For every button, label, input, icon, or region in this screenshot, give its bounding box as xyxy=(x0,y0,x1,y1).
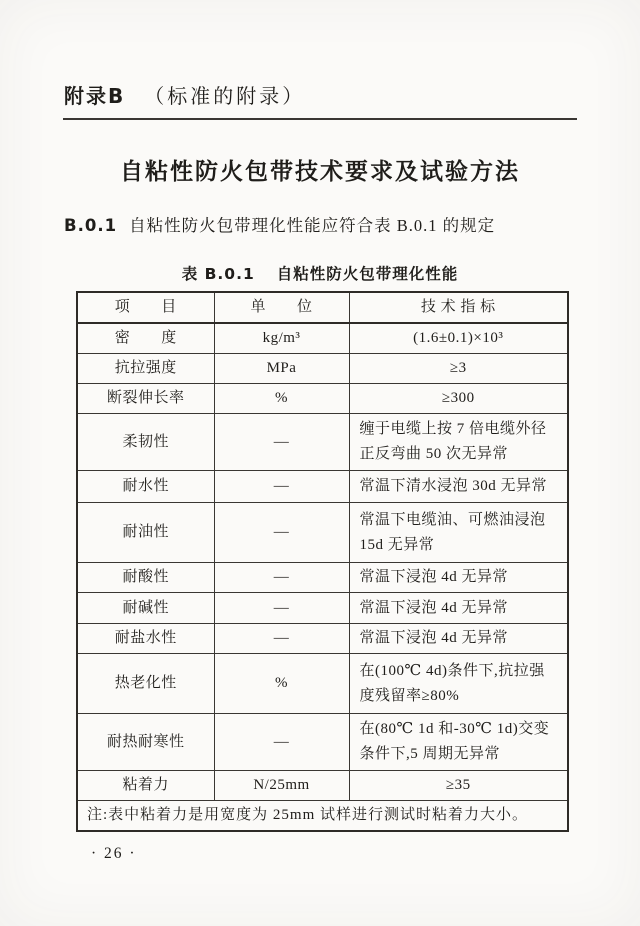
cell-unit: — xyxy=(214,593,349,624)
table-header-row: 项 目 单 位 技 术 指 标 xyxy=(77,292,568,323)
spec-table: 项 目 单 位 技 术 指 标 密 度 kg/m³ (1.6±0.1)×10³ … xyxy=(76,291,569,832)
table-row: 柔韧性 — 缠于电缆上按 7 倍电缆外径正反弯曲 50 次无异常 xyxy=(77,414,568,471)
table-row: 热老化性 % 在(100℃ 4d)条件下,抗拉强度残留率≥80% xyxy=(77,654,568,714)
cell-unit: % xyxy=(214,654,349,714)
scanned-document-page: 附录B （标准的附录） 自粘性防火包带技术要求及试验方法 B.0.1自粘性防火包… xyxy=(0,0,640,926)
table-row: 耐酸性 — 常温下浸泡 4d 无异常 xyxy=(77,563,568,593)
header-divider-rule xyxy=(63,118,577,120)
cell-item: 耐酸性 xyxy=(77,563,214,593)
cell-spec: ≥3 xyxy=(349,354,568,384)
cell-spec: 常温下清水浸泡 30d 无异常 xyxy=(349,471,568,503)
cell-unit: — xyxy=(214,563,349,593)
appendix-note: （标准的附录） xyxy=(144,86,305,108)
table-note-row: 注:表中粘着力是用宽度为 25mm 试样进行测试时粘着力大小。 xyxy=(77,801,568,832)
cell-unit: — xyxy=(214,471,349,503)
table-row: 耐油性 — 常温下电缆油、可燃油浸泡 15d 无异常 xyxy=(77,503,568,563)
cell-spec: 常温下浸泡 4d 无异常 xyxy=(349,563,568,593)
table-caption: 表 B.0.1自粘性防火包带理化性能 xyxy=(0,262,640,284)
cell-unit: % xyxy=(214,384,349,414)
clause-number: B.0.1 xyxy=(64,216,117,235)
cell-spec: 常温下电缆油、可燃油浸泡 15d 无异常 xyxy=(349,503,568,563)
cell-spec: 常温下浸泡 4d 无异常 xyxy=(349,624,568,654)
table-row: 耐热耐寒性 — 在(80℃ 1d 和-30℃ 1d)交变条件下,5 周期无异常 xyxy=(77,714,568,771)
col-header-unit: 单 位 xyxy=(214,292,349,323)
cell-spec: (1.6±0.1)×10³ xyxy=(349,323,568,354)
cell-item: 抗拉强度 xyxy=(77,354,214,384)
col-header-item: 项 目 xyxy=(77,292,214,323)
table-caption-title: 自粘性防火包带理化性能 xyxy=(277,265,459,283)
cell-spec: 在(80℃ 1d 和-30℃ 1d)交变条件下,5 周期无异常 xyxy=(349,714,568,771)
cell-unit: — xyxy=(214,503,349,563)
cell-item: 粘着力 xyxy=(77,771,214,801)
table-note: 注:表中粘着力是用宽度为 25mm 试样进行测试时粘着力大小。 xyxy=(77,801,568,832)
cell-unit: kg/m³ xyxy=(214,323,349,354)
table-row: 粘着力 N/25mm ≥35 xyxy=(77,771,568,801)
cell-unit: N/25mm xyxy=(214,771,349,801)
cell-unit: MPa xyxy=(214,354,349,384)
cell-unit: — xyxy=(214,714,349,771)
table-row: 耐水性 — 常温下清水浸泡 30d 无异常 xyxy=(77,471,568,503)
cell-spec: 缠于电缆上按 7 倍电缆外径正反弯曲 50 次无异常 xyxy=(349,414,568,471)
table-row: 断裂伸长率 % ≥300 xyxy=(77,384,568,414)
appendix-header: 附录B （标准的附录） xyxy=(64,83,305,110)
table-row: 耐碱性 — 常温下浸泡 4d 无异常 xyxy=(77,593,568,624)
col-header-spec: 技 术 指 标 xyxy=(349,292,568,323)
cell-spec: ≥300 xyxy=(349,384,568,414)
table-row: 密 度 kg/m³ (1.6±0.1)×10³ xyxy=(77,323,568,354)
clause-text: 自粘性防火包带理化性能应符合表 B.0.1 的规定 xyxy=(129,216,495,235)
table-row: 耐盐水性 — 常温下浸泡 4d 无异常 xyxy=(77,624,568,654)
cell-spec: ≥35 xyxy=(349,771,568,801)
appendix-label: 附录B xyxy=(64,84,125,108)
cell-unit: — xyxy=(214,414,349,471)
cell-unit: — xyxy=(214,624,349,654)
cell-item: 耐油性 xyxy=(77,503,214,563)
cell-item: 耐盐水性 xyxy=(77,624,214,654)
cell-item: 热老化性 xyxy=(77,654,214,714)
cell-item: 断裂伸长率 xyxy=(77,384,214,414)
cell-spec: 常温下浸泡 4d 无异常 xyxy=(349,593,568,624)
cell-item: 密 度 xyxy=(77,323,214,354)
clause-paragraph: B.0.1自粘性防火包带理化性能应符合表 B.0.1 的规定 xyxy=(64,212,495,236)
cell-item: 柔韧性 xyxy=(77,414,214,471)
cell-item: 耐碱性 xyxy=(77,593,214,624)
cell-item: 耐水性 xyxy=(77,471,214,503)
cell-item: 耐热耐寒性 xyxy=(77,714,214,771)
cell-spec: 在(100℃ 4d)条件下,抗拉强度残留率≥80% xyxy=(349,654,568,714)
page-number: · 26 · xyxy=(91,845,137,863)
table-row: 抗拉强度 MPa ≥3 xyxy=(77,354,568,384)
document-title: 自粘性防火包带技术要求及试验方法 xyxy=(0,153,640,186)
table-caption-label: 表 B.0.1 xyxy=(182,265,255,283)
